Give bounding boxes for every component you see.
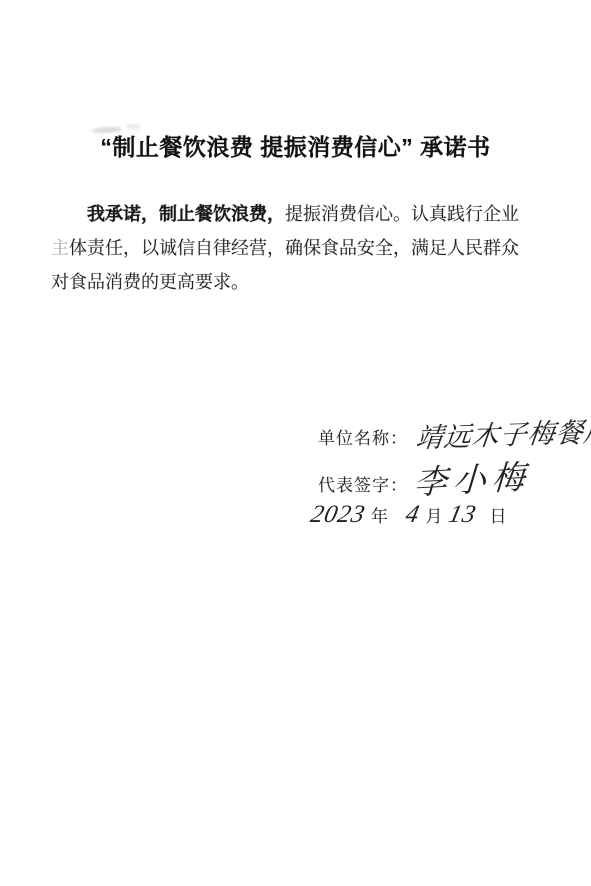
pledge-paragraph: 我承诺，制止餐饮浪费，提振消费信心。认真践行企业主体责任，以诚信自律经营，确保食…	[51, 197, 519, 299]
pledge-text-2: 体责任，以诚信自律经营，确保食品安全，满足人民群众对食品消费的更高要求。	[51, 238, 519, 292]
pledge-text-1: 提振消费信心。认真践行企业	[285, 204, 519, 224]
unit-name-handwritten-value: 靖远木子梅餐厅	[414, 409, 591, 455]
document-title: “制止餐饮浪费 提振消费信心” 承诺书	[0, 129, 591, 162]
date-day-handwritten-value: 13	[446, 501, 479, 529]
representative-signature-label: 代表签字：	[318, 471, 408, 496]
unit-name-row: 单位名称： 靖远木子梅餐厅	[318, 413, 591, 452]
scanned-document-page: “制止餐饮浪费 提振消费信心” 承诺书 我承诺，制止餐饮浪费，提振消费信心。认真…	[0, 0, 591, 886]
representative-signature-row: 代表签字： 李小梅	[318, 454, 531, 501]
date-day-unit: 日	[490, 502, 507, 527]
date-month-handwritten-value: 4	[403, 501, 422, 529]
date-row: 2023 年 4 月 13 日	[311, 501, 507, 529]
representative-signature-handwritten-value: 李小梅	[413, 451, 532, 504]
date-year-unit: 年	[371, 502, 388, 527]
pledge-lead-bold: 我承诺，制止餐饮浪费，	[87, 204, 285, 224]
date-month-unit: 月	[426, 502, 443, 527]
pledge-faded-char: 主	[51, 238, 69, 258]
unit-name-label: 单位名称：	[318, 424, 408, 449]
date-year-handwritten-value: 2023	[308, 501, 368, 529]
